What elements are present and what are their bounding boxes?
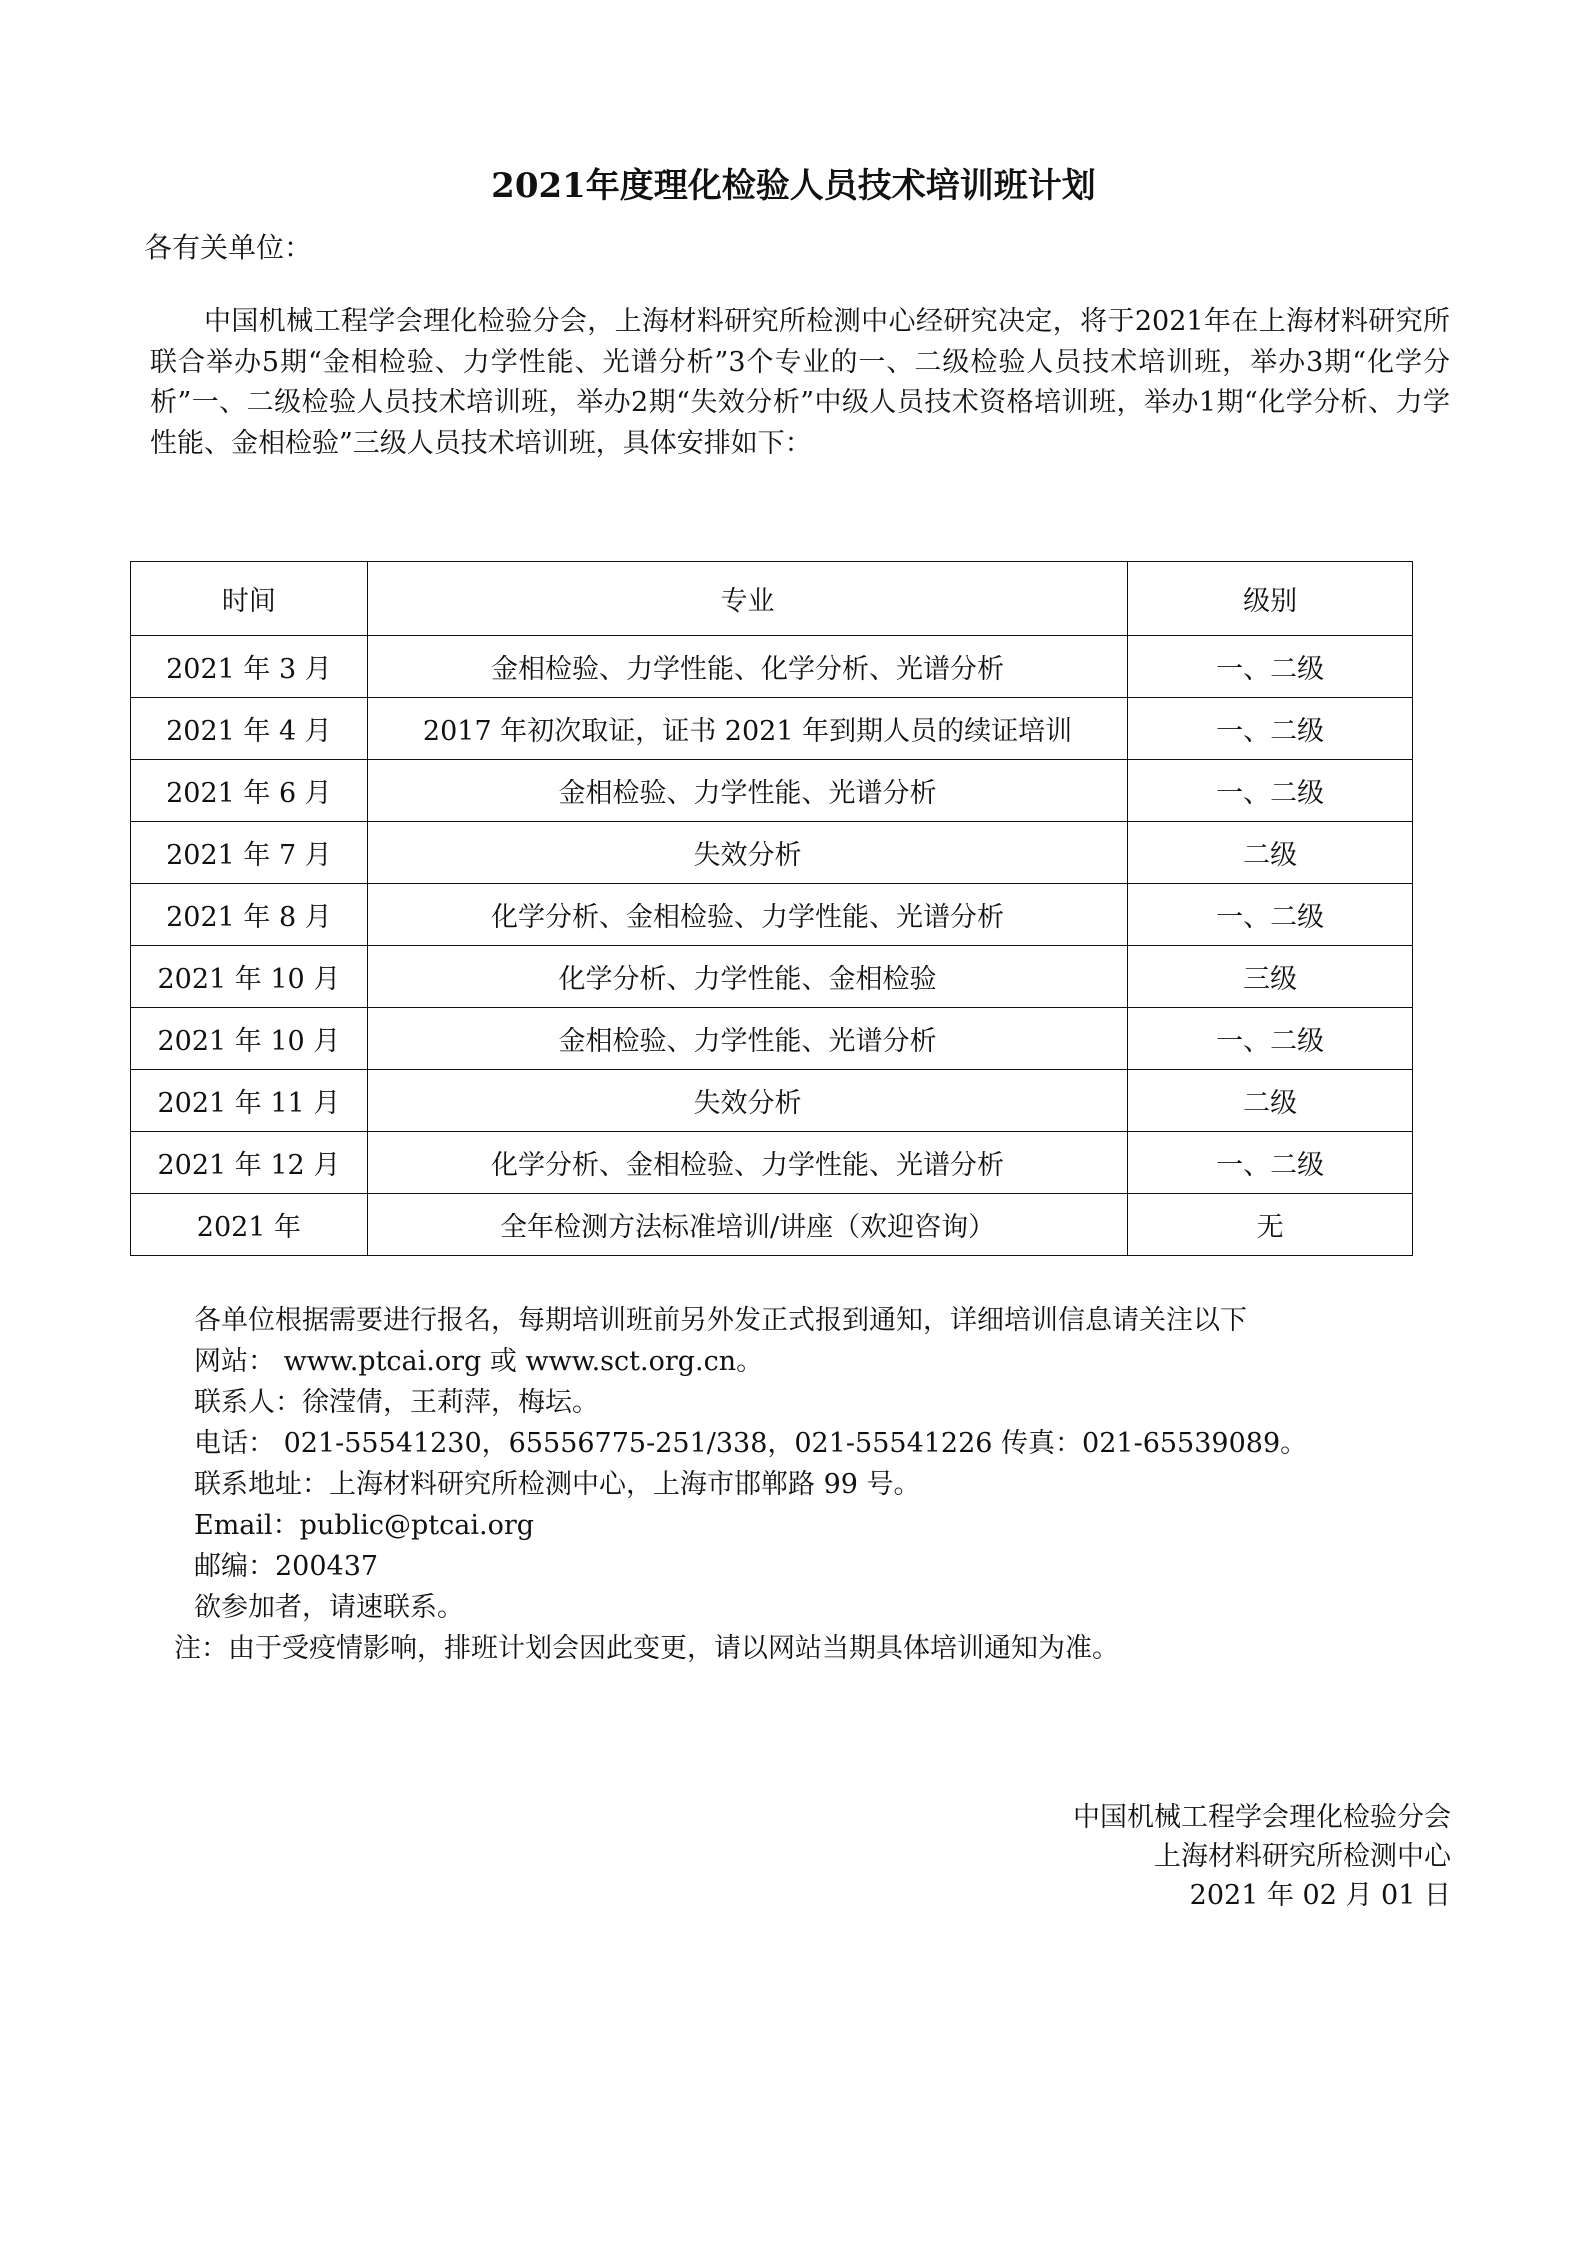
table-row: 2021 年 6 月 金相检验、力学性能、光谱分析 一、二级 xyxy=(131,760,1413,822)
header-major: 专业 xyxy=(367,562,1127,636)
signature-org-1: 中国机械工程学会理化检验分会 xyxy=(1073,1798,1451,1837)
phone-fax: 电话： 021-55541230，65556775-251/338，021-55… xyxy=(194,1423,1464,1464)
table-row: 2021 年 7 月 失效分析 二级 xyxy=(131,822,1413,884)
cell-time: 2021 年 4 月 xyxy=(131,698,368,760)
cell-time: 2021 年 xyxy=(131,1194,368,1256)
signature-org-2: 上海材料研究所检测中心 xyxy=(1073,1837,1451,1876)
cell-level: 一、二级 xyxy=(1128,698,1413,760)
cell-time: 2021 年 10 月 xyxy=(131,1008,368,1070)
table-row: 2021 年 12 月 化学分析、金相检验、力学性能、光谱分析 一、二级 xyxy=(131,1132,1413,1194)
cell-time: 2021 年 8 月 xyxy=(131,884,368,946)
address: 联系地址：上海材料研究所检测中心，上海市邯郸路 99 号。 xyxy=(194,1464,1464,1505)
cell-major: 化学分析、金相检验、力学性能、光谱分析 xyxy=(367,1132,1127,1194)
cell-level: 一、二级 xyxy=(1128,636,1413,698)
cell-time: 2021 年 12 月 xyxy=(131,1132,368,1194)
cell-level: 二级 xyxy=(1128,1070,1413,1132)
signature-block: 中国机械工程学会理化检验分会 上海材料研究所检测中心 2021 年 02 月 0… xyxy=(1073,1798,1451,1915)
cell-time: 2021 年 3 月 xyxy=(131,636,368,698)
cell-time: 2021 年 6 月 xyxy=(131,760,368,822)
cell-level: 一、二级 xyxy=(1128,1132,1413,1194)
cell-major: 金相检验、力学性能、化学分析、光谱分析 xyxy=(367,636,1127,698)
cell-level: 一、二级 xyxy=(1128,760,1413,822)
pandemic-note: 注：由于受疫情影响，排班计划会因此变更，请以网站当期具体培训通知为准。 xyxy=(174,1628,1464,1669)
table-row: 2021 年 8 月 化学分析、金相检验、力学性能、光谱分析 一、二级 xyxy=(131,884,1413,946)
cell-major: 全年检测方法标准培训/讲座（欢迎咨询） xyxy=(367,1194,1127,1256)
cell-major: 2017 年初次取证，证书 2021 年到期人员的续证培训 xyxy=(367,698,1127,760)
table-row: 2021 年 全年检测方法标准培训/讲座（欢迎咨询） 无 xyxy=(131,1194,1413,1256)
signature-date: 2021 年 02 月 01 日 xyxy=(1073,1876,1451,1915)
cell-major: 金相检验、力学性能、光谱分析 xyxy=(367,760,1127,822)
cell-major: 化学分析、力学性能、金相检验 xyxy=(367,946,1127,1008)
cell-level: 三级 xyxy=(1128,946,1413,1008)
document-title: 2021年度理化检验人员技术培训班计划 xyxy=(0,158,1587,207)
websites-text: 网站： www.ptcai.org 或 www.sct.org.cn。 xyxy=(194,1341,1464,1382)
intro-paragraph: 中国机械工程学会理化检验分会，上海材料研究所检测中心经研究决定，将于2021年在… xyxy=(150,302,1450,464)
table-row: 2021 年 11 月 失效分析 二级 xyxy=(131,1070,1413,1132)
table-header-row: 时间 专业 级别 xyxy=(131,562,1413,636)
cell-level: 无 xyxy=(1128,1194,1413,1256)
registration-text: 各单位根据需要进行报名，每期培训班前另外发正式报到通知，详细培训信息请关注以下 xyxy=(194,1300,1464,1341)
table-row: 2021 年 4 月 2017 年初次取证，证书 2021 年到期人员的续证培训… xyxy=(131,698,1413,760)
cell-time: 2021 年 7 月 xyxy=(131,822,368,884)
header-time: 时间 xyxy=(131,562,368,636)
email: Email：public@ptcai.org xyxy=(194,1505,1464,1546)
cell-level: 一、二级 xyxy=(1128,1008,1413,1070)
cell-time: 2021 年 11 月 xyxy=(131,1070,368,1132)
header-level: 级别 xyxy=(1128,562,1413,636)
salutation: 各有关单位： xyxy=(144,226,312,266)
table-row: 2021 年 10 月 金相检验、力学性能、光谱分析 一、二级 xyxy=(131,1008,1413,1070)
cell-major: 失效分析 xyxy=(367,1070,1127,1132)
cell-major: 金相检验、力学性能、光谱分析 xyxy=(367,1008,1127,1070)
postcode: 邮编：200437 xyxy=(194,1546,1464,1587)
cell-major: 失效分析 xyxy=(367,822,1127,884)
contact-persons: 联系人：徐滢倩，王莉萍，梅坛。 xyxy=(194,1382,1464,1423)
contact-section: 各单位根据需要进行报名，每期培训班前另外发正式报到通知，详细培训信息请关注以下 … xyxy=(194,1300,1464,1669)
table-row: 2021 年 3 月 金相检验、力学性能、化学分析、光谱分析 一、二级 xyxy=(131,636,1413,698)
training-schedule-table: 时间 专业 级别 2021 年 3 月 金相检验、力学性能、化学分析、光谱分析 … xyxy=(130,561,1413,1256)
cell-level: 二级 xyxy=(1128,822,1413,884)
cell-level: 一、二级 xyxy=(1128,884,1413,946)
closing-text: 欲参加者，请速联系。 xyxy=(194,1587,1464,1628)
table-row: 2021 年 10 月 化学分析、力学性能、金相检验 三级 xyxy=(131,946,1413,1008)
cell-time: 2021 年 10 月 xyxy=(131,946,368,1008)
cell-major: 化学分析、金相检验、力学性能、光谱分析 xyxy=(367,884,1127,946)
